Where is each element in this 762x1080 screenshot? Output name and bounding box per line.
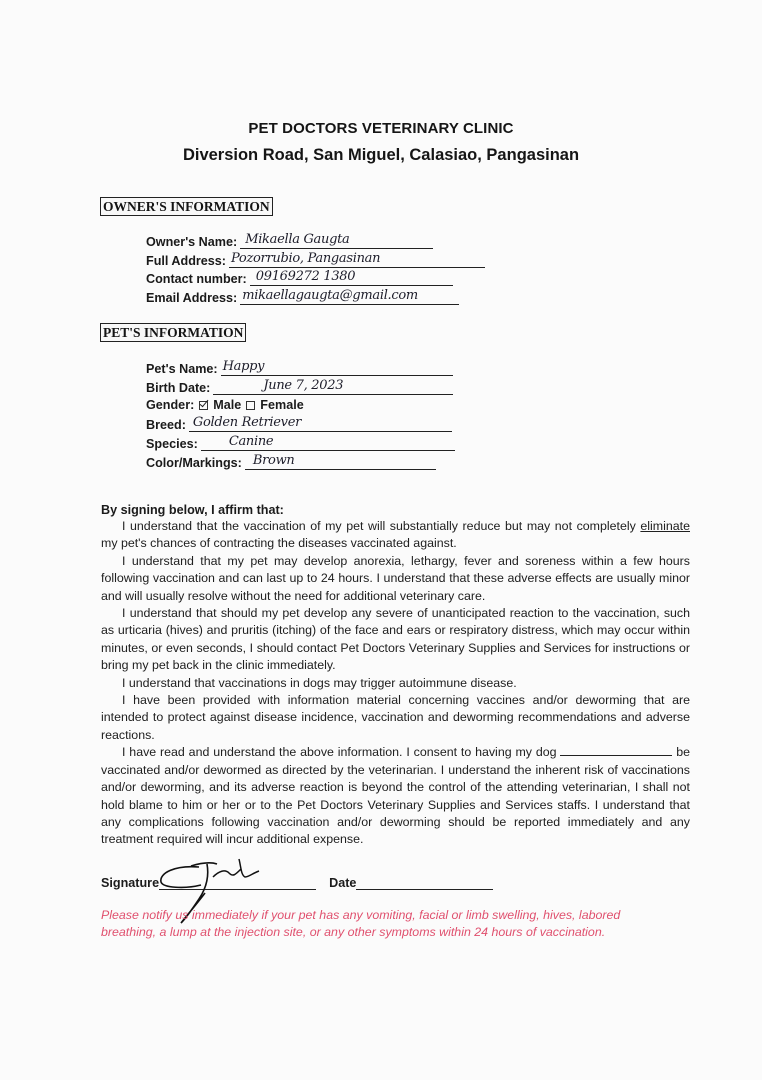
consent-paragraph-6: I have read and understand the above inf… [101,744,690,848]
consent-paragraph-2: I understand that my pet may develop ano… [101,553,690,605]
breed-label: Breed: [146,418,186,432]
pet-name-field[interactable]: Pet's Name: Happy [146,358,453,376]
color-markings-label: Color/Markings: [146,456,242,470]
email-address-label: Email Address: [146,291,237,305]
signature-label: Signature [101,876,159,890]
dog-name-blank[interactable] [560,745,672,756]
species-field[interactable]: Species: Canine [146,433,455,451]
consent-paragraph-4: I understand that vaccinations in dogs m… [101,675,690,692]
species-value: Canine [229,434,274,449]
female-option-label: Female [260,398,303,412]
male-checkbox[interactable] [199,401,208,410]
pet-name-value: Happy [223,359,265,374]
breed-value: Golden Retriever [193,415,301,430]
affirm-heading: By signing below, I affirm that: [101,503,284,517]
clinic-address: Diversion Road, San Miguel, Calasiao, Pa… [0,146,762,165]
pet-info-heading: PET'S INFORMATION [100,323,246,342]
underlined-word: eliminate [640,519,690,533]
date-label: Date [329,876,356,890]
email-address-field[interactable]: Email Address: mikaellagaugta@gmail.com [146,287,459,305]
contact-number-label: Contact number: [146,272,247,286]
owner-name-label: Owner's Name: [146,235,237,249]
owner-name-field[interactable]: Owner's Name: Mikaella Gaugta [146,231,433,249]
birth-date-label: Birth Date: [146,381,210,395]
color-markings-field[interactable]: Color/Markings: Brown [146,452,436,470]
full-address-field[interactable]: Full Address: Pozorrubio, Pangasinan [146,250,485,268]
birth-date-value: June 7, 2023 [263,378,343,393]
owner-info-heading: OWNER'S INFORMATION [100,197,273,216]
male-option-label: Male [213,398,241,412]
birth-date-field[interactable]: Birth Date: June 7, 2023 [146,377,453,395]
consent-form-page: PET DOCTORS VETERINARY CLINIC Diversion … [0,0,762,1080]
female-checkbox[interactable] [246,401,255,410]
contact-number-field[interactable]: Contact number: 09169272 1380 [146,268,453,286]
contact-number-value: 09169272 1380 [256,269,356,284]
owner-name-value: Mikaella Gaugta [245,232,349,247]
post-vaccination-notice: Please notify us immediately if your pet… [101,907,661,941]
breed-field[interactable]: Breed: Golden Retriever [146,414,452,432]
full-address-value: Pozorrubio, Pangasinan [231,251,380,266]
pet-name-label: Pet's Name: [146,362,218,376]
species-label: Species: [146,437,198,451]
gender-field: Gender: Male Female [146,398,304,412]
color-markings-value: Brown [253,453,295,468]
consent-body: I understand that the vaccination of my … [101,518,690,849]
consent-paragraph-3: I understand that should my pet develop … [101,605,690,675]
consent-paragraph-5: I have been provided with information ma… [101,692,690,744]
full-address-label: Full Address: [146,254,226,268]
gender-label: Gender: [146,398,194,412]
email-address-value: mikaellagaugta@gmail.com [242,288,418,303]
consent-paragraph-1: I understand that the vaccination of my … [101,518,690,553]
clinic-name: PET DOCTORS VETERINARY CLINIC [0,120,762,137]
date-field[interactable] [356,875,493,890]
